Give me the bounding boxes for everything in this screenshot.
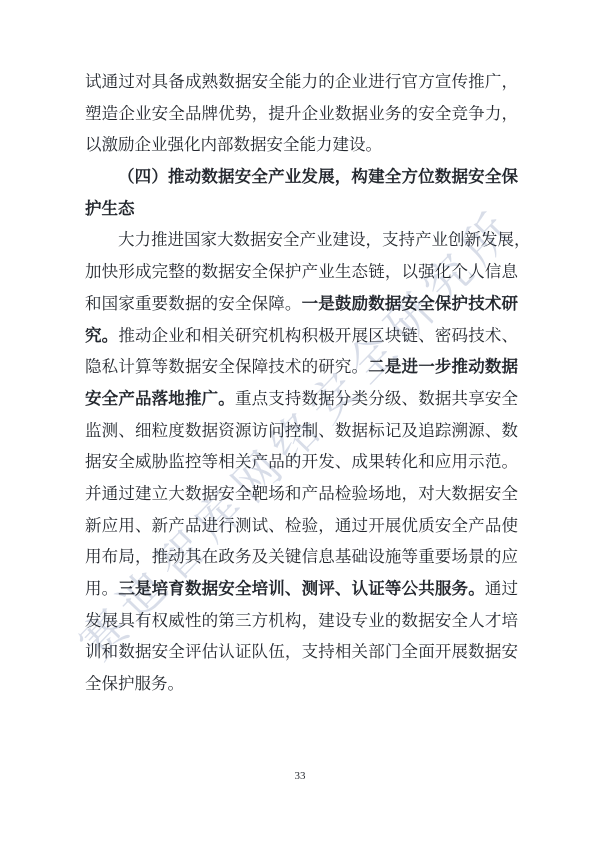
text-line: 用。三是培育数据安全培训、测评、认证等公共服务。通过	[85, 573, 518, 605]
text-segment: 重点支持数据分类分级、数据共享安全	[235, 389, 518, 408]
text-line: 试通过对具备成熟数据安全能力的企业进行官方宣传推广，	[85, 66, 518, 98]
text-line: 监测、细粒度数据资源访问控制、数据标记及追踪溯源、数	[85, 415, 518, 447]
bold-text-segment: 护生态	[85, 199, 135, 218]
text-segment: 大力推进国家大数据安全产业建设，支持产业创新发展，	[118, 230, 531, 249]
bold-text-segment: 安全产品落地推广。	[85, 389, 235, 408]
text-line: 塑造企业安全品牌优势，提升企业数据业务的安全竞争力，	[85, 98, 518, 130]
text-line: 发展具有权威性的第三方机构，建设专业的数据安全人才培	[85, 605, 518, 637]
text-line: 全保护服务。	[85, 668, 518, 700]
bold-text-segment: （四）推动数据安全产业发展，构建全方位数据安全保	[118, 167, 518, 186]
text-line: 加快形成完整的数据安全保护产业生态链，以强化个人信息	[85, 256, 518, 288]
text-segment: 塑造企业安全品牌优势，提升企业数据业务的安全竞争力，	[85, 104, 518, 123]
text-segment: 通过	[485, 579, 518, 598]
text-segment: 新应用、新产品进行测试、检验，通过开展优质安全产品使	[85, 516, 518, 535]
page-number: 33	[0, 770, 600, 782]
text-segment: 以激励企业强化内部数据安全能力建设。	[85, 135, 382, 154]
text-line: 以激励企业强化内部数据安全能力建设。	[85, 129, 518, 161]
text-line: 隐私计算等数据安全保障技术的研究。二是进一步推动数据	[85, 351, 518, 383]
text-line: 和国家重要数据的安全保障。一是鼓励数据安全保护技术研	[85, 288, 518, 320]
text-line: 究。推动企业和相关研究机构积极开展区块链、密码技术、	[85, 320, 518, 352]
text-line: 新应用、新产品进行测试、检验，通过开展优质安全产品使	[85, 510, 518, 542]
text-segment: 用布局，推动其在政务及关键信息基础设施等重要场景的应	[85, 547, 518, 566]
text-line: 安全产品落地推广。重点支持数据分类分级、数据共享安全	[85, 383, 518, 415]
text-line: 大力推进国家大数据安全产业建设，支持产业创新发展，	[85, 224, 518, 256]
text-segment: 和国家重要数据的安全保障。	[85, 294, 302, 313]
text-segment: 训和数据安全评估认证队伍，支持相关部门全面开展数据安	[85, 642, 518, 661]
text-segment: 发展具有权威性的第三方机构，建设专业的数据安全人才培	[85, 611, 518, 630]
text-segment: 试通过对具备成熟数据安全能力的企业进行官方宣传推广，	[85, 72, 518, 91]
text-segment: 监测、细粒度数据资源访问控制、数据标记及追踪溯源、数	[85, 421, 518, 440]
text-line: 护生态	[85, 193, 518, 225]
text-line: 训和数据安全评估认证队伍，支持相关部门全面开展数据安	[85, 636, 518, 668]
bold-text-segment: 二是进一步推动数据	[368, 357, 518, 376]
bold-text-segment: 一是鼓励数据安全保护技术研	[302, 294, 518, 313]
text-line: 据安全威胁监控等相关产品的开发、成果转化和应用示范。	[85, 446, 518, 478]
text-line: （四）推动数据安全产业发展，构建全方位数据安全保	[85, 161, 518, 193]
document-page: 赛迪智库网络安全研究所 试通过对具备成熟数据安全能力的企业进行官方宣传推广，塑造…	[0, 0, 600, 848]
text-segment: 据安全威胁监控等相关产品的开发、成果转化和应用示范。	[85, 452, 518, 471]
text-segment: 全保护服务。	[85, 674, 184, 693]
bold-text-segment: 究。	[85, 326, 118, 345]
text-segment: 用。	[85, 579, 118, 598]
text-segment: 加快形成完整的数据安全保护产业生态链，以强化个人信息	[85, 262, 518, 281]
text-segment: 并通过建立大数据安全靶场和产品检验场地，对大数据安全	[85, 484, 518, 503]
text-line: 并通过建立大数据安全靶场和产品检验场地，对大数据安全	[85, 478, 518, 510]
text-line: 用布局，推动其在政务及关键信息基础设施等重要场景的应	[85, 541, 518, 573]
document-lines: 试通过对具备成熟数据安全能力的企业进行官方宣传推广，塑造企业安全品牌优势，提升企…	[85, 66, 518, 700]
text-segment: 隐私计算等数据安全保障技术的研究。	[85, 357, 368, 376]
text-segment: 推动企业和相关研究机构积极开展区块链、密码技术、	[118, 326, 518, 345]
bold-text-segment: 三是培育数据安全培训、测评、认证等公共服务。	[118, 579, 485, 598]
